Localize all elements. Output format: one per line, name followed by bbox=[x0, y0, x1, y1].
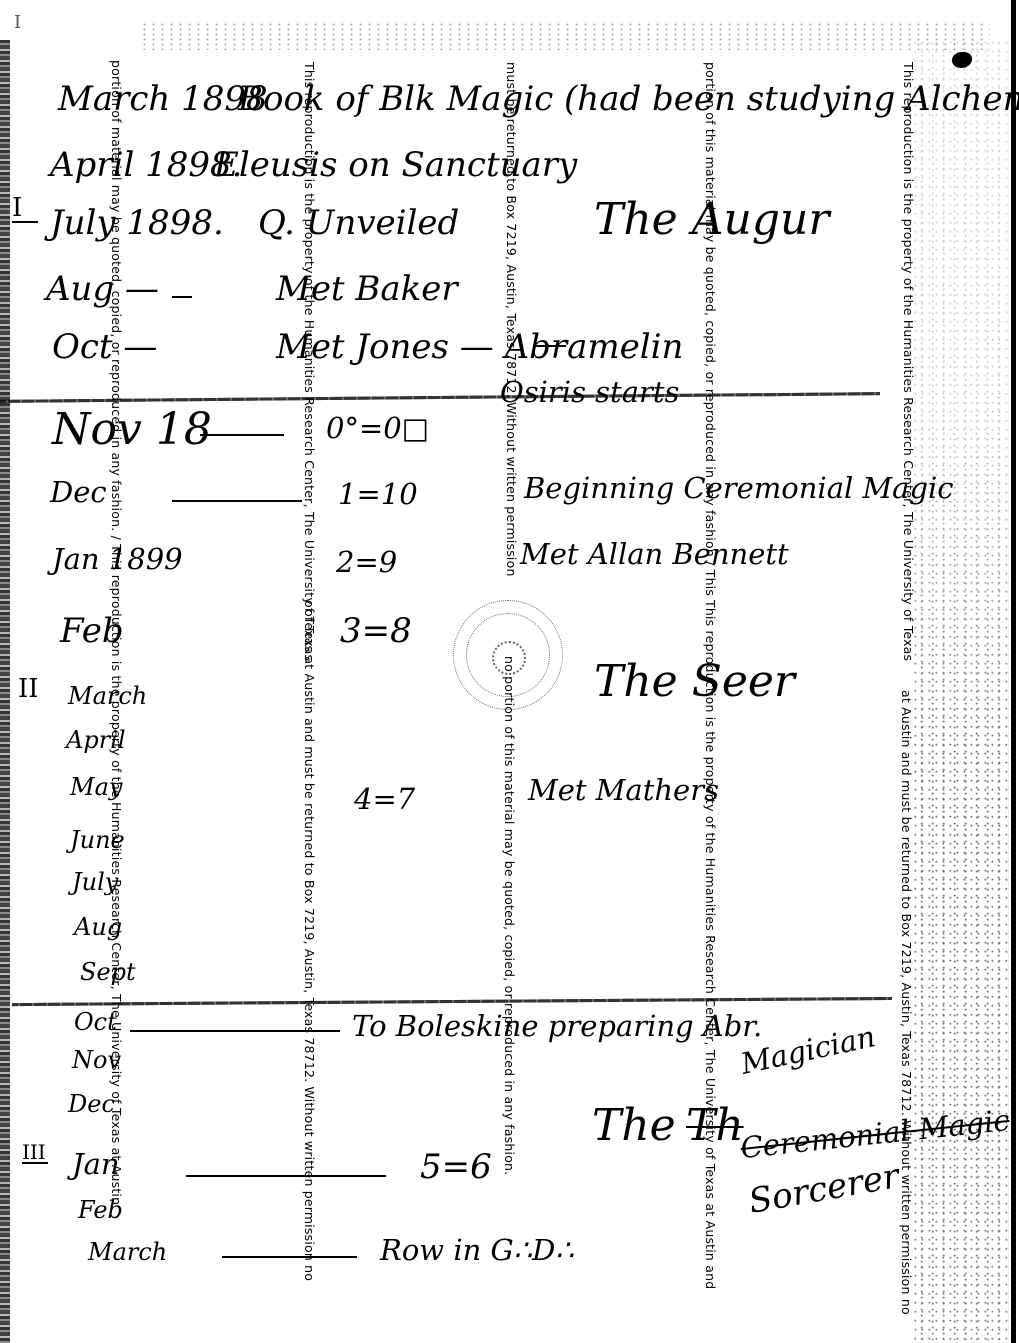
dash bbox=[130, 1030, 340, 1032]
entry-date: April bbox=[66, 728, 126, 752]
margin-mark-III: III bbox=[22, 1142, 48, 1164]
entry-note: Met Allan Bennett bbox=[520, 540, 789, 569]
entry-date: Dec bbox=[68, 1092, 115, 1116]
scan-noise-top bbox=[140, 22, 990, 50]
entry-note: Met Baker bbox=[276, 272, 458, 306]
grade: 0°=0□ bbox=[326, 414, 429, 443]
entry-date: Sept bbox=[80, 960, 136, 984]
watermark-strip: at Austin and must be returned to Box 72… bbox=[899, 690, 914, 1315]
grade: 4=7 bbox=[354, 785, 415, 814]
watermark-strip: of Texas at Austin and must be returned … bbox=[302, 600, 317, 1281]
entry-note: Eleusis on Sanctuary bbox=[214, 148, 577, 182]
entry-date: Aug bbox=[74, 915, 122, 939]
entry-note: Beginning Ceremonial Magic bbox=[524, 474, 954, 503]
section-title-seer: The Seer bbox=[594, 660, 795, 704]
entry-note: Row in G∴D∴ bbox=[380, 1236, 574, 1265]
entry-note: Q. Unveiled bbox=[258, 206, 459, 240]
struck-text: Th bbox=[686, 1104, 744, 1148]
corner-mark: I bbox=[14, 12, 21, 33]
dash bbox=[172, 296, 192, 298]
entry-date: May bbox=[70, 775, 122, 799]
grade: 2=9 bbox=[336, 548, 397, 577]
entry-date: June bbox=[70, 828, 125, 852]
scan-edge-right bbox=[1011, 0, 1016, 1343]
entry-date: March bbox=[68, 684, 147, 708]
entry-date: Jan 1899 bbox=[52, 545, 183, 574]
entry-date: Feb bbox=[78, 1198, 123, 1222]
inserted-note: Osiris starts bbox=[500, 378, 679, 407]
entry-note: Met Jones — Abramelin bbox=[276, 330, 683, 364]
entry-date: March bbox=[88, 1240, 167, 1264]
watermark-strip: must be returned to Box 7219, Austin, Te… bbox=[504, 62, 519, 577]
dash bbox=[200, 434, 284, 436]
section-title-prefix: The bbox=[592, 1104, 676, 1148]
section-title-augur: The Augur bbox=[594, 198, 829, 242]
margin-mark-I: I bbox=[12, 195, 38, 223]
dash bbox=[172, 500, 302, 502]
entry-date: Feb bbox=[60, 614, 124, 648]
fold-line bbox=[12, 997, 892, 1006]
entry-date: July 1898. bbox=[50, 206, 224, 240]
grade: 5=6 bbox=[420, 1150, 492, 1184]
section-title-sorcerer: Sorcerer bbox=[746, 1159, 901, 1219]
entry-date: Dec bbox=[50, 478, 107, 507]
entry-date: Oct — bbox=[52, 330, 157, 364]
scan-edge-left bbox=[0, 40, 10, 1343]
entry-date: Jan bbox=[72, 1150, 120, 1179]
scanned-manuscript-page: I portion of material may be quoted, cop… bbox=[0, 0, 1019, 1343]
entry-date: March 1898 bbox=[58, 82, 268, 116]
entry-date: Nov 18 bbox=[52, 408, 212, 452]
entry-note: To Boleskine preparing Abr. bbox=[352, 1012, 762, 1041]
watermark-strip: portion of this material may be quoted, … bbox=[703, 62, 718, 596]
entry-note: Book of Blk Magic (had been studying Alc… bbox=[238, 82, 1019, 116]
entry-date: Aug — bbox=[46, 272, 159, 306]
dash bbox=[186, 1175, 386, 1177]
grade: 1=10 bbox=[338, 480, 418, 509]
entry-date: Nov bbox=[72, 1048, 121, 1072]
entry-note: Met Mathers bbox=[528, 776, 719, 805]
watermark-strip: This reproduction is the property of the… bbox=[901, 62, 916, 661]
dash bbox=[222, 1256, 357, 1258]
watermark-strip: no portion of this material may be quote… bbox=[502, 656, 517, 1175]
fold-line bbox=[0, 392, 880, 403]
grade: 3=8 bbox=[340, 614, 412, 648]
margin-mark-II: II bbox=[18, 676, 39, 702]
entry-date: July bbox=[72, 870, 118, 894]
entry-date: Oct bbox=[74, 1010, 117, 1034]
